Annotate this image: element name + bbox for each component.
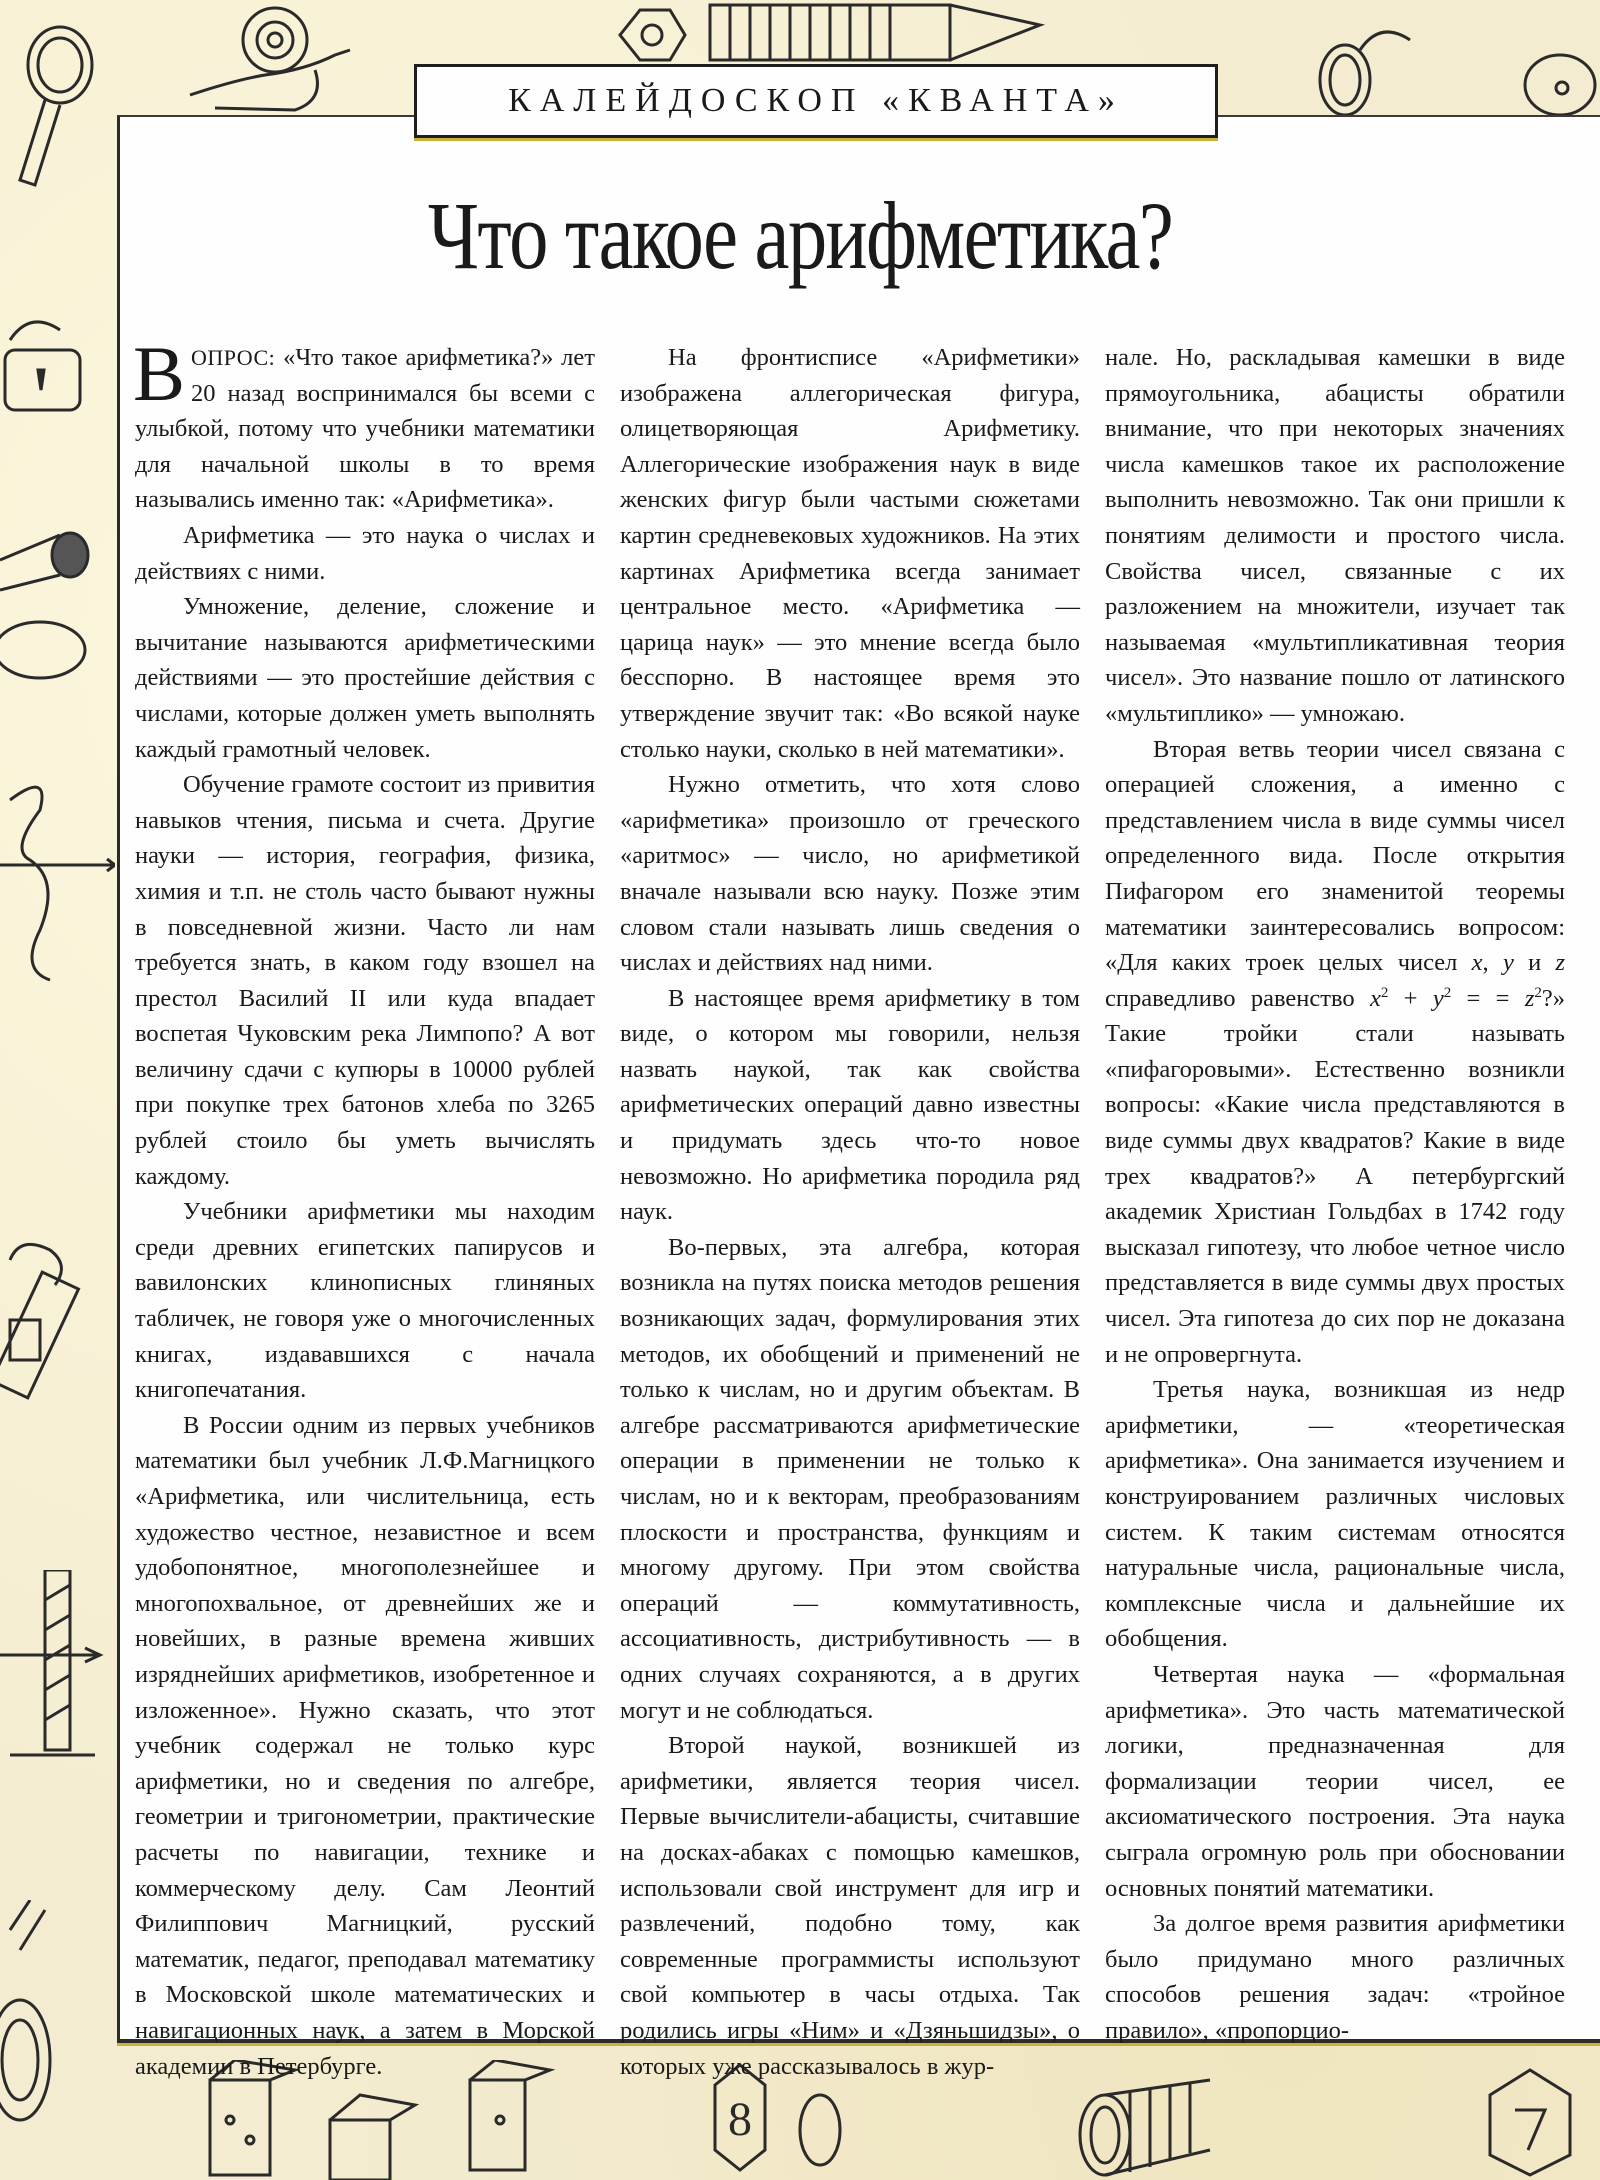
math-var: x [1370, 985, 1381, 1012]
column-3: нале. Но, раскладывая камешки в виде пря… [1105, 340, 1565, 2084]
snail-sketch-icon [175, 0, 405, 115]
paragraph: Арифметика — это наука о числах и действ… [135, 518, 595, 589]
paragraph: Умножение, деление, сложение и вычитание… [135, 589, 595, 767]
nut-and-pencil-sketch-icon [600, 0, 1070, 70]
drop-cap: В [133, 342, 185, 406]
paragraph: нале. Но, раскладывая камешки в виде пря… [1105, 340, 1565, 732]
paragraph: Четвертая наука — «формальная арифметика… [1105, 1657, 1565, 1906]
math-var: z [1555, 949, 1565, 976]
math-var: z [1525, 985, 1535, 1012]
key-sketch-icon [0, 1230, 90, 1430]
signpost-sketch-icon [0, 1570, 115, 1770]
paragraph: Во-первых, эта алгебра, которая возникла… [620, 1230, 1080, 1728]
paragraph: В России одним из первых учебников матем… [135, 1408, 595, 2084]
article-title: Что такое арифметика? [144, 180, 1456, 291]
paragraph: Обучение грамоте состоит из привития нав… [135, 767, 595, 1194]
horn-sketch-icon [0, 500, 100, 740]
lock-sketch-icon [0, 300, 100, 450]
paragraph: В настоящее время арифметику в том виде,… [620, 981, 1080, 1230]
rubric-label: КАЛЕЙДОСКОП «КВАНТА» [508, 82, 1124, 120]
paragraph: На фронтисписе «Арифметики» изображена а… [620, 340, 1080, 767]
threaded-tube-sketch-icon [1070, 2070, 1240, 2180]
paragraph: Учебники арифметики мы находим среди дре… [135, 1194, 595, 1408]
paragraph: За долгое время развития арифметики было… [1105, 1906, 1565, 2048]
math-var: x [1472, 949, 1483, 976]
paragraph: Второй наукой, возникшей из арифметики, … [620, 1728, 1080, 2084]
lead-in: ОПРОС: [191, 345, 275, 370]
column-2: На фронтисписе «Арифметики» изображена а… [620, 340, 1080, 2084]
math-var: y [1433, 985, 1444, 1012]
column-1: ВОПРОС: «Что такое арифметика?» лет 20 н… [135, 340, 595, 2084]
math-var: y [1503, 949, 1514, 976]
paragraph: Третья наука, возникшая из недр арифмети… [1105, 1372, 1565, 1657]
paragraph: Вторая ветвь теории чисел связана с опер… [1105, 732, 1565, 1373]
spring-coil-sketch-icon [0, 1900, 60, 2180]
section-rubric: КАЛЕЙДОСКОП «КВАНТА» [414, 64, 1218, 138]
magnifier-sketch-icon [5, 20, 115, 190]
ring-sketch-icon [1300, 20, 1600, 120]
article-body: ВОПРОС: «Что такое арифметика?» лет 20 н… [135, 340, 1575, 2020]
paragraph: ВОПРОС: «Что такое арифметика?» лет 20 н… [135, 340, 595, 518]
paragraph: Нужно отметить, что хотя слово «арифмети… [620, 767, 1080, 981]
svg-text:8: 8 [728, 2093, 752, 2146]
compass-sketch-icon [0, 770, 115, 990]
